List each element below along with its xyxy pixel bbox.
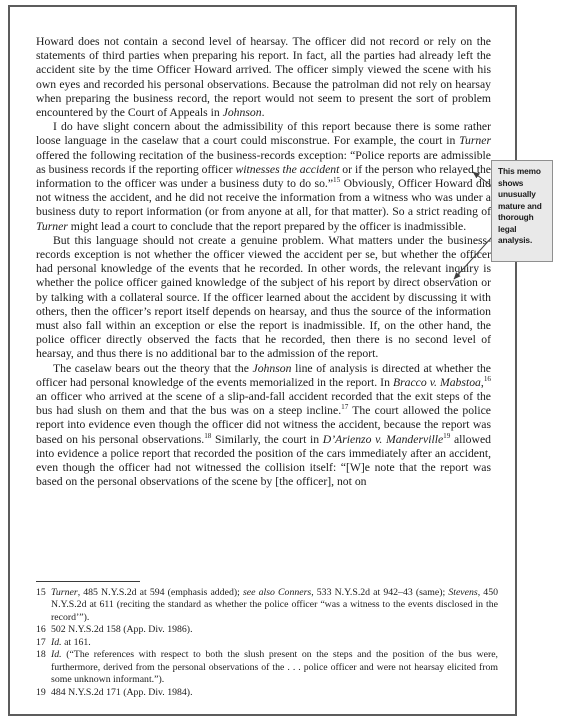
- body-paragraph: Howard does not contain a second level o…: [36, 35, 491, 120]
- footnote: 16 502 N.Y.S.2d 158 (App. Div. 1986).: [36, 624, 498, 637]
- footnote: 18 Id. (“The references with respect to …: [36, 649, 498, 687]
- margin-callout-text: This memo shows unusually mature and tho…: [498, 166, 542, 245]
- text-segment: Johnson: [223, 106, 262, 119]
- body-paragraph: But this language should not create a ge…: [36, 234, 491, 362]
- text-segment: , 533 N.Y.S.2d at 942–43 (same);: [311, 587, 448, 598]
- footnote-reference: 16: [484, 375, 491, 383]
- text-segment: witnesses the accident: [235, 163, 339, 176]
- text-segment: see also Conners: [243, 587, 311, 598]
- text-segment: (“The references with respect to both th…: [51, 649, 498, 685]
- text-segment: I do have slight concern about the admis…: [36, 120, 491, 147]
- text-segment: might lead a court to conclude that the …: [68, 220, 466, 233]
- text-segment: But this language should not create a ge…: [36, 234, 491, 361]
- text-segment: at 161.: [62, 637, 91, 648]
- document-page: Howard does not contain a second level o…: [0, 0, 566, 725]
- footnote-text: Id. at 161.: [51, 637, 91, 648]
- footnote-number: 18: [36, 649, 46, 662]
- footnote-separator: [36, 581, 140, 582]
- footnote: 15 Turner, 485 N.Y.S.2d at 594 (emphasis…: [36, 587, 498, 625]
- text-segment: Turner: [36, 220, 68, 233]
- footnotes-section: 15 Turner, 485 N.Y.S.2d at 594 (emphasis…: [36, 581, 498, 700]
- text-segment: D’Arienzo v. Manderville: [323, 433, 443, 446]
- footnote-text: Id. (“The references with respect to bot…: [51, 649, 498, 685]
- footnote: 19 484 N.Y.S.2d 171 (App. Div. 1984).: [36, 687, 498, 700]
- text-segment: The caselaw bears out the theory that th…: [53, 362, 253, 375]
- body-paragraph: I do have slight concern about the admis…: [36, 120, 491, 234]
- text-segment: Id.: [51, 649, 62, 660]
- text-segment: Similarly, the court in: [211, 433, 322, 446]
- margin-callout: This memo shows unusually mature and tho…: [491, 160, 553, 262]
- footnote-number: 15: [36, 587, 46, 600]
- text-segment: .: [262, 106, 265, 119]
- text-segment: Johnson: [253, 362, 292, 375]
- footnote-text: Turner, 485 N.Y.S.2d at 594 (emphasis ad…: [51, 587, 498, 623]
- text-segment: Id.: [51, 637, 62, 648]
- text-segment: Bracco v. Mabstoa: [393, 376, 481, 389]
- text-segment: Turner: [51, 587, 78, 598]
- text-segment: Turner: [459, 134, 491, 147]
- body-paragraph: The caselaw bears out the theory that th…: [36, 362, 491, 490]
- footnote-text: 484 N.Y.S.2d 171 (App. Div. 1984).: [51, 687, 193, 698]
- page-border-frame: Howard does not contain a second level o…: [8, 5, 517, 716]
- text-segment: 502 N.Y.S.2d 158 (App. Div. 1986).: [51, 624, 193, 635]
- text-segment: , 485 N.Y.S.2d at 594 (emphasis added);: [78, 587, 243, 598]
- footnote-number: 16: [36, 624, 46, 637]
- footnote-number: 19: [36, 687, 46, 700]
- body-text-block: Howard does not contain a second level o…: [36, 35, 491, 490]
- footnote: 17 Id. at 161.: [36, 637, 498, 650]
- footnote-number: 17: [36, 637, 46, 650]
- text-segment: 484 N.Y.S.2d 171 (App. Div. 1984).: [51, 687, 193, 698]
- footnote-text: 502 N.Y.S.2d 158 (App. Div. 1986).: [51, 624, 193, 635]
- text-segment: Stevens: [448, 587, 477, 598]
